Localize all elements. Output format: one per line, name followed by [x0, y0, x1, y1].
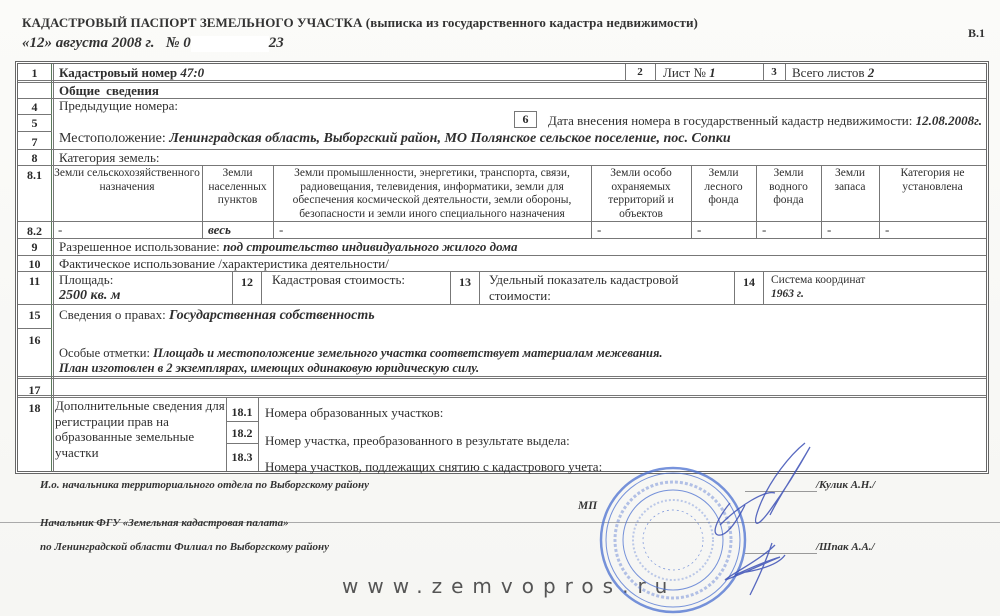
rights-label: Сведения о правах: — [59, 307, 166, 322]
divider — [273, 165, 274, 238]
sheet-label: Лист № — [663, 65, 706, 80]
divider — [18, 376, 986, 379]
row-number: 7 — [18, 135, 51, 150]
land-category-header: Земли водного фонда — [758, 167, 819, 208]
land-category-value: - — [279, 222, 283, 238]
coordinate-system-value: 1963 г. — [771, 288, 804, 302]
document-date-number: «12» августа 2008 г. № 023 — [22, 35, 284, 52]
divider — [785, 64, 786, 80]
form-code: В.1 — [968, 26, 985, 41]
specific-value-label-1: Удельный показатель кадастровой — [489, 272, 679, 288]
row-number: 8.2 — [18, 224, 51, 239]
sheet-value: 1 — [709, 65, 716, 80]
area-label: Площадь: — [59, 272, 113, 288]
deregistered-plots-label: Номера участков, подлежащих снятию с кад… — [265, 459, 602, 475]
land-category-header: Земли лесного фонда — [693, 167, 754, 208]
divider — [18, 221, 986, 222]
row-number: 1 — [18, 66, 51, 81]
land-category-label: Категория земель: — [59, 150, 160, 166]
section-heading: Общие сведения — [59, 83, 159, 99]
permitted-use-value: под строительство индивидуального жилого… — [223, 239, 517, 254]
official2-title-1: Начальник ФГУ «Земельная кадастровая пал… — [40, 517, 289, 529]
converted-plot-label: Номер участка, преобразованного в резуль… — [265, 433, 570, 449]
divider — [756, 165, 757, 238]
divider — [258, 398, 259, 471]
sheet-number: Лист № 1 — [663, 65, 716, 81]
land-category-header: Земли особо охраняемых территорий и объе… — [593, 167, 689, 221]
land-category-header: Земли запаса — [823, 167, 877, 194]
location-value: Ленинградская область, Выборгский район,… — [169, 131, 730, 146]
special-notes-field: Особые отметки: Площадь и местоположение… — [59, 346, 663, 361]
special-notes-value-2: План изготовлен в 2 экземплярах, имеющих… — [59, 361, 479, 376]
coordinate-system-label: Система координат — [771, 274, 865, 288]
previous-numbers-label: Предыдущие номера: — [59, 98, 178, 114]
document-page: КАДАСТРОВЫЙ ПАСПОРТ ЗЕМЕЛЬНОГО УЧАСТКА (… — [0, 0, 1000, 616]
document-number-suffix: 23 — [269, 35, 284, 51]
land-category-value: - — [885, 222, 889, 238]
registration-date-field: Дата внесения номера в государственный к… — [548, 113, 982, 129]
special-notes-label: Особые отметки: — [59, 346, 150, 360]
cadastral-number-field: Кадастровый номер 47:0 — [59, 65, 204, 81]
row-number: 11 — [18, 274, 51, 289]
land-category-value: - — [697, 222, 701, 238]
divider — [821, 165, 822, 238]
registration-date-label: Дата внесения номера в государственный к… — [548, 113, 912, 128]
official2-title-2: по Ленинградской области Филиал по Выбор… — [40, 541, 329, 553]
divider — [18, 80, 986, 83]
land-category-header: Категория не установлена — [881, 167, 984, 194]
permitted-use-label: Разрешенное использование: — [59, 239, 220, 254]
cadastral-number-value: 47:0 — [180, 65, 204, 80]
official1-title: И.о. начальника территориального отдела … — [40, 479, 369, 491]
actual-use-label: Фактическое использование /характеристик… — [59, 256, 389, 272]
row-number: 9 — [18, 240, 51, 255]
specific-value-label-2: стоимости: — [489, 288, 551, 304]
land-category-header: Земли промышленности, энергетики, трансп… — [275, 167, 589, 221]
divider — [591, 165, 592, 238]
special-notes-value-1: Площадь и местоположение земельного учас… — [153, 346, 662, 360]
cadastral-value-label: Кадастровая стоимость: — [272, 272, 405, 288]
row-number: 3 — [763, 66, 785, 78]
redacted-area — [191, 36, 269, 52]
rights-value: Государственная собственность — [169, 308, 375, 323]
area-value: 2500 кв. м — [59, 288, 120, 304]
divider — [691, 165, 692, 238]
land-category-value: - — [58, 222, 62, 238]
document-number-prefix: № 0 — [166, 35, 191, 51]
divider — [202, 165, 203, 238]
divider — [18, 131, 52, 132]
row-number: 10 — [18, 257, 51, 272]
field-number: 12 — [232, 271, 262, 305]
formed-plots-label: Номера образованных участков: — [265, 405, 443, 421]
signature-icon — [700, 435, 830, 615]
row-number: 8.1 — [18, 168, 51, 183]
divider — [18, 114, 52, 115]
total-sheets-label: Всего листов — [792, 65, 865, 80]
land-category-value: - — [827, 222, 831, 238]
row-number: 5 — [18, 116, 51, 131]
row-number: 16 — [18, 333, 51, 348]
total-sheets: Всего листов 2 — [792, 65, 874, 81]
additional-info-label: Дополнительные сведения для регистрации … — [55, 398, 227, 460]
land-category-value: - — [597, 222, 601, 238]
document-title: КАДАСТРОВЫЙ ПАСПОРТ ЗЕМЕЛЬНОГО УЧАСТКА (… — [22, 15, 698, 31]
field-number: 6 — [514, 111, 537, 128]
row-number: 8 — [18, 151, 51, 166]
divider — [18, 165, 986, 166]
divider — [879, 165, 880, 238]
row-number: 4 — [18, 100, 51, 115]
land-category-header: Земли сельскохозяйственного назначения — [54, 167, 200, 194]
redacted-area — [222, 64, 332, 78]
column-divider — [51, 64, 54, 471]
land-category-value: - — [762, 222, 766, 238]
subfield-number: 18.3 — [226, 450, 258, 465]
cadastral-form: 1 Кадастровый номер 47:0 2 Лист № 1 3 Вс… — [15, 61, 989, 474]
rights-field: Сведения о правах: Государственная собст… — [59, 307, 375, 324]
land-category-header: Земли населенных пунктов — [204, 167, 271, 208]
divider — [18, 304, 986, 305]
subfield-number: 18.1 — [226, 405, 258, 420]
subfield-number: 18.2 — [226, 426, 258, 441]
divider — [226, 443, 259, 444]
row-number: 15 — [18, 308, 51, 323]
divider — [226, 421, 259, 422]
divider — [655, 64, 656, 80]
cadastral-number-label: Кадастровый номер — [59, 65, 177, 80]
land-category-value: весь — [208, 222, 231, 238]
divider — [18, 328, 52, 329]
divider — [18, 149, 986, 150]
location-label: Местоположение: — [59, 131, 166, 146]
row-number: 2 — [625, 66, 655, 78]
row-number: 18 — [18, 401, 51, 416]
field-number: 14 — [734, 271, 764, 305]
permitted-use-field: Разрешенное использование: под строитель… — [59, 239, 517, 255]
field-number: 13 — [450, 271, 480, 305]
location-field: Местоположение: Ленинградская область, В… — [59, 131, 731, 147]
document-date: «12» августа 2008 г. — [22, 35, 155, 51]
registration-date-value: 12.08.2008г. — [916, 113, 982, 128]
total-sheets-value: 2 — [868, 65, 875, 80]
seal-label: МП — [578, 500, 597, 512]
